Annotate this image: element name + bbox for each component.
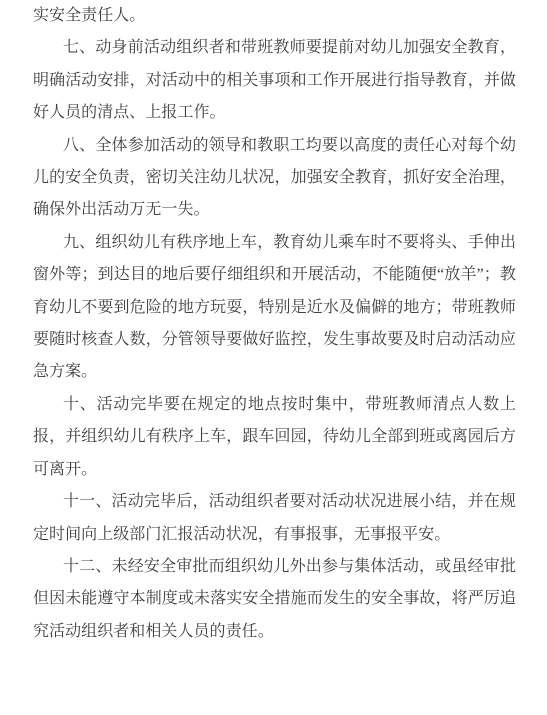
paragraph-clause-10: 十、活动完毕要在规定的地点按时集中，带班教师清点人数上报，并组织幼儿有秩序上车，…	[33, 389, 516, 486]
paragraph-clause-8: 八、全体参加活动的领导和教职工均要以高度的责任心对每个幼儿的安全负责，密切关注幼…	[33, 130, 516, 227]
paragraph-clause-9: 九、组织幼儿有秩序地上车，教育幼儿乘车时不要将头、手伸出窗外等；到达目的地后要仔…	[33, 227, 516, 389]
paragraph-clause-11: 十一、活动完毕后，活动组织者要对活动状况进展小结，并在规定时间向上级部门汇报活动…	[33, 486, 516, 551]
paragraph-continuation: 实安全责任人。	[33, 0, 516, 32]
document-page: 实安全责任人。 七、动身前活动组织者和带班教师要提前对幼儿加强安全教育，明确活动…	[0, 0, 547, 715]
paragraph-clause-12: 十二、未经安全审批而组织幼儿外出参与集体活动，或虽经审批但因未能遵守本制度或未落…	[33, 551, 516, 648]
paragraph-clause-7: 七、动身前活动组织者和带班教师要提前对幼儿加强安全教育，明确活动安排，对活动中的…	[33, 32, 516, 129]
